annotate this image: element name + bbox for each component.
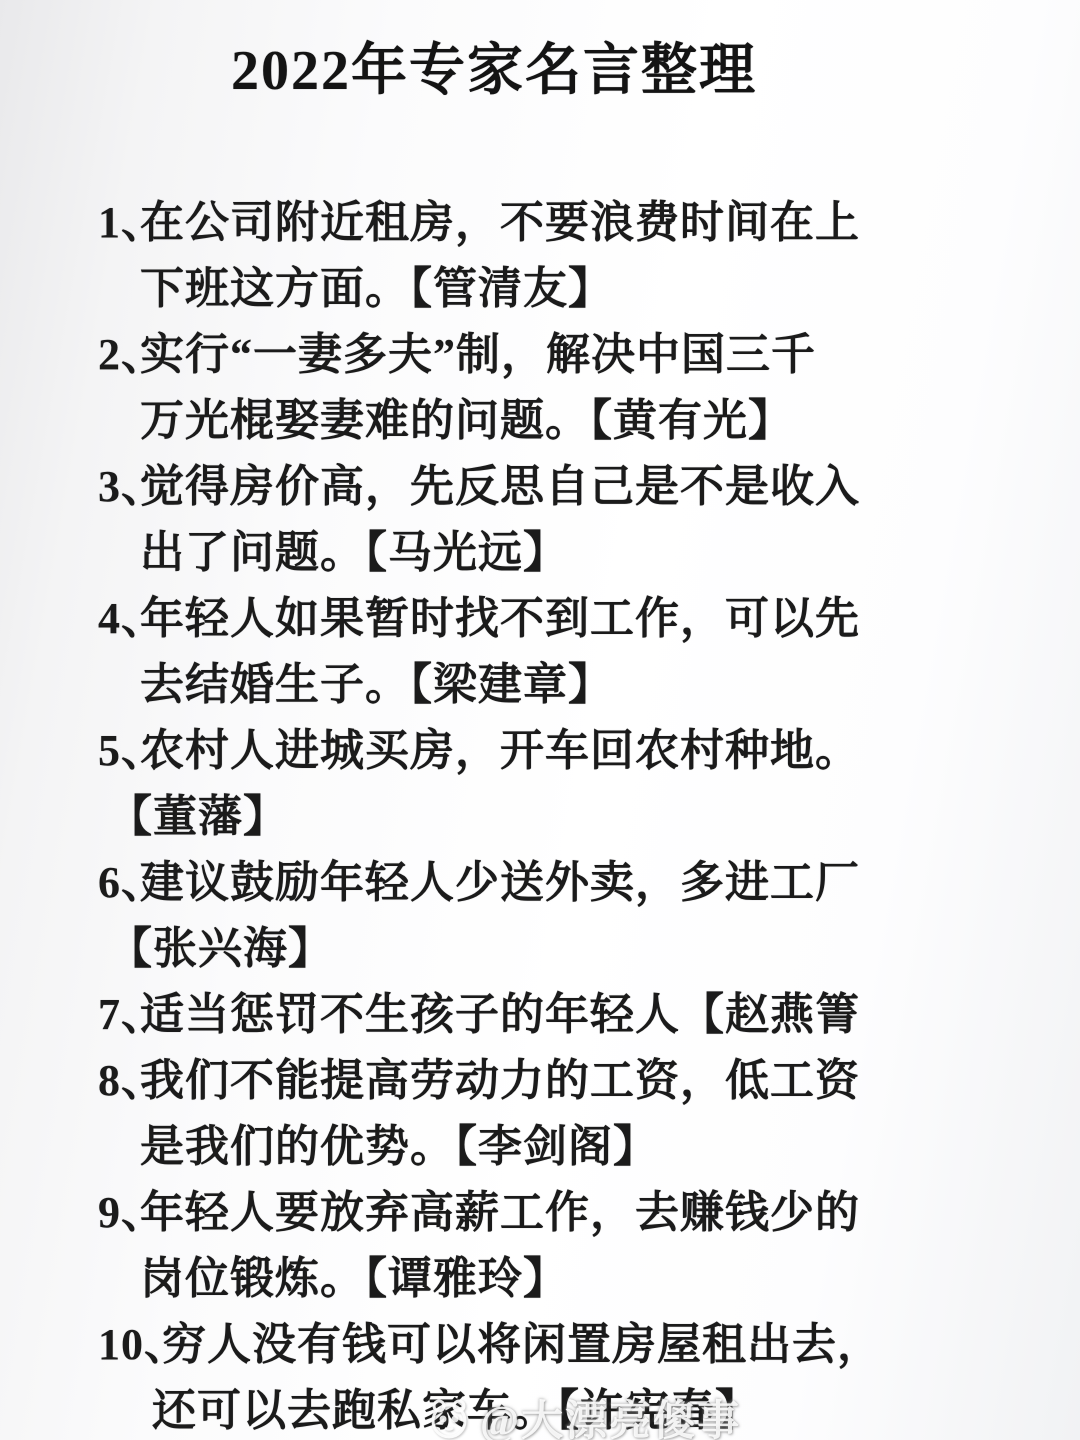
quote-line: 2、实行“一妻多夫”制，解决中国三千 [98, 322, 1020, 388]
quote-line: 8、我们不能提高劳动力的工资，低工资 [98, 1048, 1020, 1114]
quote-line: 岗位锻炼。【谭雅玲】 [98, 1246, 1020, 1312]
quote-text: 我们不能提高劳动力的工资，低工资 [140, 1056, 860, 1105]
quote-item-4: 4、年轻人如果暂时找不到工作，可以先 去结婚生子。【梁建章】 [98, 586, 1020, 718]
quote-line: 出了问题。【马光远】 [98, 520, 1020, 586]
quote-number: 1、 [98, 190, 140, 256]
quote-number: 7、 [98, 982, 140, 1048]
quote-line: 7、适当惩罚不生孩子的年轻人【赵燕箐 [98, 982, 1020, 1048]
quote-number: 6、 [98, 850, 140, 916]
quote-item-7: 7、适当惩罚不生孩子的年轻人【赵燕箐 [98, 982, 1020, 1048]
quote-item-10: 10、穷人没有钱可以将闲置房屋租出去， 还可以去跑私家车。【许宪春】 [98, 1312, 1020, 1440]
quote-item-2: 2、实行“一妻多夫”制，解决中国三千 万光棍娶妻难的问题。【黄有光】 [98, 322, 1020, 454]
quote-item-3: 3、觉得房价高，先反思自己是不是收入 出了问题。【马光远】 [98, 454, 1020, 586]
quote-line: 10、穷人没有钱可以将闲置房屋租出去， [98, 1312, 1020, 1378]
quote-text: 年轻人要放弃高薪工作，去赚钱少的 [140, 1188, 860, 1237]
quote-line: 去结婚生子。【梁建章】 [98, 652, 1020, 718]
quote-attribution-line: 【张兴海】 [98, 916, 1020, 982]
quote-text: 建议鼓励年轻人少送外卖，多进工厂 [140, 858, 860, 907]
quote-number: 5、 [98, 718, 140, 784]
quote-number: 2、 [98, 322, 140, 388]
quote-line: 是我们的优势。【李剑阁】 [98, 1114, 1020, 1180]
quote-item-8: 8、我们不能提高劳动力的工资，低工资 是我们的优势。【李剑阁】 [98, 1048, 1020, 1180]
quote-number: 3、 [98, 454, 140, 520]
quote-text: 觉得房价高，先反思自己是不是收入 [140, 462, 860, 511]
quote-line: 9、年轻人要放弃高薪工作，去赚钱少的 [98, 1180, 1020, 1246]
quote-list: 1、在公司附近租房，不要浪费时间在上 下班这方面。【管清友】 2、实行“一妻多夫… [98, 190, 1020, 1440]
quote-number: 10、 [98, 1312, 162, 1378]
quote-line: 下班这方面。【管清友】 [98, 256, 1020, 322]
quote-number: 8、 [98, 1048, 140, 1114]
quote-line: 1、在公司附近租房，不要浪费时间在上 [98, 190, 1020, 256]
quote-line: 6、建议鼓励年轻人少送外卖，多进工厂 [98, 850, 1020, 916]
quote-attribution-line: 【董藩】 [98, 784, 1020, 850]
quote-item-1: 1、在公司附近租房，不要浪费时间在上 下班这方面。【管清友】 [98, 190, 1020, 322]
quote-text: 适当惩罚不生孩子的年轻人【赵燕箐 [140, 990, 860, 1039]
quote-line: 还可以去跑私家车。【许宪春】 [98, 1378, 1020, 1440]
quote-item-6: 6、建议鼓励年轻人少送外卖，多进工厂 【张兴海】 [98, 850, 1020, 982]
quote-text: 在公司附近租房，不要浪费时间在上 [140, 198, 860, 247]
document-page: 2022年专家名言整理 1、在公司附近租房，不要浪费时间在上 下班这方面。【管清… [0, 0, 1080, 1440]
quote-line: 3、觉得房价高，先反思自己是不是收入 [98, 454, 1020, 520]
quote-text: 穷人没有钱可以将闲置房屋租出去， [162, 1320, 882, 1369]
quote-number: 4、 [98, 586, 140, 652]
quote-line: 4、年轻人如果暂时找不到工作，可以先 [98, 586, 1020, 652]
quote-item-5: 5、农村人进城买房，开车回农村种地。 【董藩】 [98, 718, 1020, 850]
quote-line: 万光棍娶妻难的问题。【黄有光】 [98, 388, 1020, 454]
quote-item-9: 9、年轻人要放弃高薪工作，去赚钱少的 岗位锻炼。【谭雅玲】 [98, 1180, 1020, 1312]
quote-text: 实行“一妻多夫”制，解决中国三千 [140, 330, 816, 379]
quote-line: 5、农村人进城买房，开车回农村种地。 [98, 718, 1020, 784]
quote-number: 9、 [98, 1180, 140, 1246]
quote-text: 农村人进城买房，开车回农村种地。 [140, 726, 860, 775]
page-title: 2022年专家名言整理 [0, 26, 1080, 106]
quote-text: 年轻人如果暂时找不到工作，可以先 [140, 594, 860, 643]
